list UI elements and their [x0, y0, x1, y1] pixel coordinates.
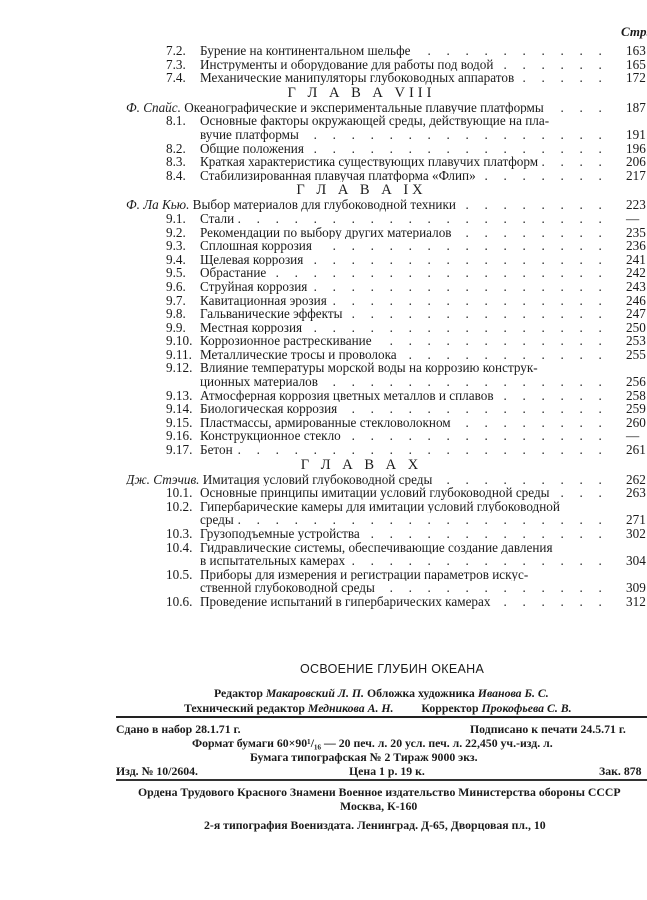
- toc-entry: 9.11. . . . . . . . . . . . . . . . . . …: [0, 348, 647, 362]
- page-number: 236: [626, 239, 646, 253]
- entry-title: Имитация условий глубоководной среды: [203, 473, 433, 487]
- page-number: 259: [626, 402, 646, 416]
- section-number: 9.11.: [166, 348, 192, 362]
- entry-title: Обрастание: [200, 266, 266, 280]
- page-number: 304: [626, 554, 646, 568]
- toc-entry: 10.4.Гидравлические системы, обеспечиваю…: [0, 541, 647, 555]
- page-number: —: [626, 212, 639, 226]
- entry-title: Гипербарические камеры для имитации усло…: [200, 500, 560, 514]
- entry-title: Влияние температуры морской воды на корр…: [200, 361, 538, 375]
- entry-title: Гидравлические системы, обеспечивающие с…: [200, 541, 553, 555]
- section-number: 10.6.: [166, 595, 192, 609]
- section-number: 8.3.: [166, 155, 186, 169]
- author-name: Ф. Ла Кью.: [126, 198, 193, 212]
- tech-editor-label: Технический редактор: [184, 701, 305, 715]
- chapter-heading: Г Л А В А VIII: [38, 85, 647, 101]
- page-number: —: [626, 429, 639, 443]
- entry-title: Стали: [200, 212, 234, 226]
- section-number: 9.9.: [166, 321, 186, 335]
- section-number: 10.5.: [166, 568, 192, 582]
- entry-title: Атмосферная коррозия цветных металлов и …: [200, 389, 494, 403]
- entry-title: Приборы для измерения и регистрации пара…: [200, 568, 528, 582]
- divider: [116, 779, 647, 781]
- page-column-label: Стр.: [621, 24, 647, 40]
- toc-entry: 10.6. . . . . . . . . . . . . . . . . . …: [0, 595, 647, 609]
- entry-title: Инструменты и оборудование для работы по…: [200, 58, 493, 72]
- section-number: 8.2.: [166, 142, 186, 156]
- publisher-city: Москва, К-160: [340, 799, 417, 814]
- page-number: 165: [626, 58, 646, 72]
- entry-title: Бетон: [200, 443, 233, 457]
- toc-entry: 9.16. . . . . . . . . . . . . . . . . . …: [0, 429, 647, 443]
- toc-entry: 8.3. . . . . . . . . . . . . . . . . . .…: [0, 155, 647, 169]
- page-number: 260: [626, 416, 646, 430]
- entry-title: Конструкционное стекло: [200, 429, 341, 443]
- toc-entry: 9.7. . . . . . . . . . . . . . . . . . .…: [0, 294, 647, 308]
- page-number: 163: [626, 44, 646, 58]
- page-number: 263: [626, 486, 646, 500]
- section-number: 10.1.: [166, 486, 192, 500]
- chapter-heading: Г Л А В А X: [38, 457, 647, 473]
- section-number: 7.3.: [166, 58, 186, 72]
- page-number: 235: [626, 226, 646, 240]
- toc-entry: . . . . . . . . . . . . . . . . . . . . …: [0, 128, 647, 142]
- toc-entry: 7.3. . . . . . . . . . . . . . . . . . .…: [0, 58, 647, 72]
- toc-entry: 9.17. . . . . . . . . . . . . . . . . . …: [0, 443, 647, 457]
- toc-entry: 10.3. . . . . . . . . . . . . . . . . . …: [0, 527, 647, 541]
- page-number: 255: [626, 348, 646, 362]
- entry-title: Выбор материалов для глубоководной техни…: [193, 198, 456, 212]
- entry-title: Металлические тросы и проволока: [200, 348, 397, 362]
- toc-entry: 8.4. . . . . . . . . . . . . . . . . . .…: [0, 169, 647, 183]
- entry-title: Основные принципы имитации условий глубо…: [200, 486, 550, 500]
- page-number: 217: [626, 169, 646, 183]
- order-number: Зак. 878: [599, 764, 642, 779]
- paper-print-run: Бумага типографская № 2 Тираж 9000 экз.: [250, 750, 478, 765]
- page-number: 309: [626, 581, 646, 595]
- page-number: 191: [626, 128, 646, 142]
- section-number: 10.2.: [166, 500, 192, 514]
- entry-title: Гальванические эффекты: [200, 307, 342, 321]
- section-number: 9.10.: [166, 334, 192, 348]
- entry-title: Струйная коррозия: [200, 280, 307, 294]
- toc-entry: 10.5.Приборы для измерения и регистрации…: [0, 568, 647, 582]
- page-number: 241: [626, 253, 646, 267]
- page-number: 247: [626, 307, 646, 321]
- toc-entry: 9.10. . . . . . . . . . . . . . . . . . …: [0, 334, 647, 348]
- entry-title: Механические манипуляторы глубоководных …: [200, 71, 514, 85]
- page-number: 253: [626, 334, 646, 348]
- toc-entry: . . . . . . . . . . . . . . . . . . . . …: [0, 581, 647, 595]
- toc-entry: 9.15. . . . . . . . . . . . . . . . . . …: [0, 416, 647, 430]
- paper-format: Формат бумаги 60×90¹/₁₆ — 20 печ. л. 20 …: [192, 736, 553, 751]
- section-number: 9.4.: [166, 253, 186, 267]
- page-number: 250: [626, 321, 646, 335]
- printer: 2-я типография Воениздата. Ленинград. Д-…: [204, 818, 546, 833]
- section-number: 9.2.: [166, 226, 186, 240]
- page-number: 172: [626, 71, 646, 85]
- entry-title: вучие платформы: [200, 128, 299, 142]
- publisher: Ордена Трудового Красного Знамени Военно…: [138, 785, 621, 800]
- toc-entry: . . . . . . . . . . . . . . . . . . . . …: [0, 375, 647, 389]
- entry-title: в испытательных камерах: [200, 554, 345, 568]
- toc-entry: 9.9. . . . . . . . . . . . . . . . . . .…: [0, 321, 647, 335]
- toc-entry: 9.4. . . . . . . . . . . . . . . . . . .…: [0, 253, 647, 267]
- toc-entry: 9.8. . . . . . . . . . . . . . . . . . .…: [0, 307, 647, 321]
- section-number: 9.15.: [166, 416, 192, 430]
- author-name: Дж. Стэчив.: [126, 473, 203, 487]
- toc-entry: 7.4. . . . . . . . . . . . . . . . . . .…: [0, 71, 647, 85]
- entry-title: Сплошная коррозия: [200, 239, 312, 253]
- toc-entry: 7.2. . . . . . . . . . . . . . . . . . .…: [0, 44, 647, 58]
- chapter-heading: Г Л А В А IX: [38, 182, 647, 198]
- toc-entry: 8.1.Основные факторы окружающей среды, д…: [0, 114, 647, 128]
- entry-title: Краткая характеристика существующих плав…: [200, 155, 538, 169]
- entry-title: Щелевая коррозия: [200, 253, 303, 267]
- divider: [116, 716, 647, 718]
- entry-title: Пластмассы, армированные стекловолокном: [200, 416, 451, 430]
- editor-label: Редактор: [214, 686, 263, 700]
- page-number: 246: [626, 294, 646, 308]
- page-number: 302: [626, 527, 646, 541]
- document-page: Стр. 7.2. . . . . . . . . . . . . . . . …: [0, 0, 647, 900]
- page-number: 243: [626, 280, 646, 294]
- section-number: 9.12.: [166, 361, 192, 375]
- toc-entry: 10.2.Гипербарические камеры для имитации…: [0, 500, 647, 514]
- page-number: 258: [626, 389, 646, 403]
- entry-title: ственной глубоководной среды: [200, 581, 375, 595]
- section-number: 9.17.: [166, 443, 192, 457]
- toc-entry: 9.3. . . . . . . . . . . . . . . . . . .…: [0, 239, 647, 253]
- entry-title: Коррозионное растрескивание: [200, 334, 372, 348]
- entry-title: Биологическая коррозия: [200, 402, 337, 416]
- section-number: 7.4.: [166, 71, 186, 85]
- page-number: 187: [626, 101, 646, 115]
- author-name: Ф. Спайс.: [126, 101, 184, 115]
- typeset-date: Сдано в набор 28.1.71 г.: [116, 722, 241, 737]
- section-number: 9.13.: [166, 389, 192, 403]
- entry-title: Стабилизированная плавучая платформа «Фл…: [200, 169, 476, 183]
- page-number: 261: [626, 443, 646, 457]
- entry-title: Кавитационная эрозия: [200, 294, 327, 308]
- toc-entry: 9.5. . . . . . . . . . . . . . . . . . .…: [0, 266, 647, 280]
- toc-entry: 8.2. . . . . . . . . . . . . . . . . . .…: [0, 142, 647, 156]
- entry-title: Рекомендации по выбору других материалов: [200, 226, 452, 240]
- entry-title: Местная коррозия: [200, 321, 302, 335]
- entry-title: Океанографические и экспериментальные пл…: [184, 101, 544, 115]
- cover-label: Обложка художника: [367, 686, 475, 700]
- editor-name: Макаровский Л. П.: [266, 686, 364, 700]
- publication-number: Изд. № 10/2604.: [116, 764, 198, 779]
- section-number: 9.1.: [166, 212, 186, 226]
- section-number: 10.4.: [166, 541, 192, 555]
- entry-title: Бурение на континентальном шельфе: [200, 44, 410, 58]
- toc-chapter-entry: . . . . . . . . . . . . . . . . . . . . …: [0, 198, 647, 212]
- section-number: 9.3.: [166, 239, 186, 253]
- toc-chapter-entry: . . . . . . . . . . . . . . . . . . . . …: [0, 101, 647, 115]
- page-number: 242: [626, 266, 646, 280]
- toc-entry: . . . . . . . . . . . . . . . . . . . . …: [0, 554, 647, 568]
- section-number: 9.8.: [166, 307, 186, 321]
- section-number: 8.4.: [166, 169, 186, 183]
- entry-title: Общие положения: [200, 142, 304, 156]
- toc-chapter-entry: . . . . . . . . . . . . . . . . . . . . …: [0, 473, 647, 487]
- tech-editor-line: Технический редактор Медникова А. Н. Кор…: [184, 701, 572, 716]
- tech-editor-name: Медникова А. Н.: [308, 701, 394, 715]
- table-of-contents: 7.2. . . . . . . . . . . . . . . . . . .…: [0, 44, 647, 609]
- page-number: 223: [626, 198, 646, 212]
- page-number: 271: [626, 513, 646, 527]
- toc-entry: 10.1. . . . . . . . . . . . . . . . . . …: [0, 486, 647, 500]
- entry-title: Грузоподъемные устройства: [200, 527, 360, 541]
- toc-entry: 9.13. . . . . . . . . . . . . . . . . . …: [0, 389, 647, 403]
- section-number: 10.3.: [166, 527, 192, 541]
- price: Цена 1 р. 19 к.: [349, 764, 425, 779]
- toc-entry: 9.1. . . . . . . . . . . . . . . . . . .…: [0, 212, 647, 226]
- toc-entry: 9.2. . . . . . . . . . . . . . . . . . .…: [0, 226, 647, 240]
- toc-entry: . . . . . . . . . . . . . . . . . . . . …: [0, 513, 647, 527]
- entry-title: Основные факторы окружающей среды, дейст…: [200, 114, 549, 128]
- section-number: 9.7.: [166, 294, 186, 308]
- page-number: 312: [626, 595, 646, 609]
- section-number: 7.2.: [166, 44, 186, 58]
- section-number: 9.16.: [166, 429, 192, 443]
- entry-title: ционных материалов: [200, 375, 318, 389]
- section-number: 9.14.: [166, 402, 192, 416]
- section-number: 9.5.: [166, 266, 186, 280]
- toc-entry: 9.14. . . . . . . . . . . . . . . . . . …: [0, 402, 647, 416]
- signed-date: Подписано к печати 24.5.71 г.: [470, 722, 626, 737]
- corrector-label: Корректор: [421, 701, 478, 715]
- page-number: 262: [626, 473, 646, 487]
- toc-entry: 9.12.Влияние температуры морской воды на…: [0, 361, 647, 375]
- page-number: 196: [626, 142, 646, 156]
- page-number: 206: [626, 155, 646, 169]
- toc-entry: 9.6. . . . . . . . . . . . . . . . . . .…: [0, 280, 647, 294]
- corrector-name: Прокофьева С. В.: [481, 701, 571, 715]
- page-number: 256: [626, 375, 646, 389]
- book-title: ОСВОЕНИЕ ГЛУБИН ОКЕАНА: [300, 662, 484, 676]
- cover-artist: Иванова Б. С.: [478, 686, 549, 700]
- section-number: 9.6.: [166, 280, 186, 294]
- editor-line: Редактор Макаровский Л. П. Обложка худож…: [214, 686, 549, 701]
- entry-title: среды: [200, 513, 234, 527]
- entry-title: Проведение испытаний в гипербарических к…: [200, 595, 490, 609]
- section-number: 8.1.: [166, 114, 186, 128]
